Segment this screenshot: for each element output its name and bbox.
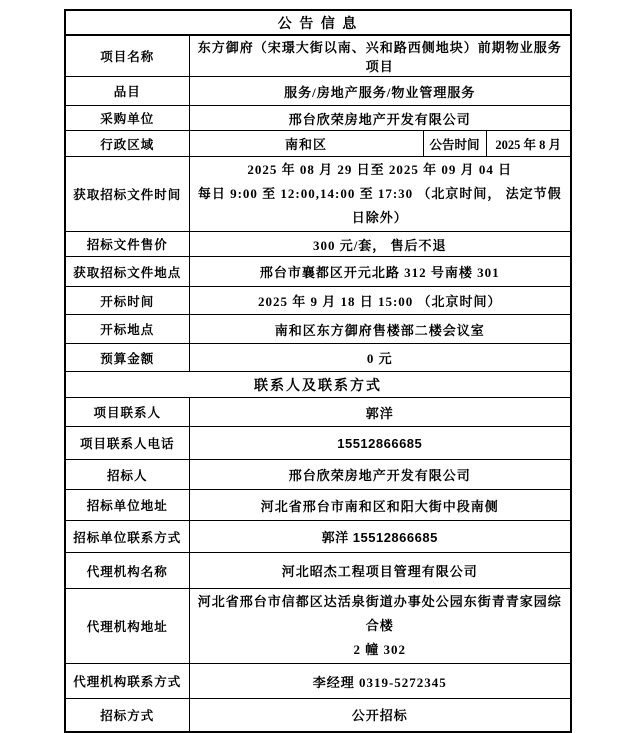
row-bid-method: 招标方式 公开招标	[65, 699, 571, 732]
project-contact-phone-label: 项目联系人电话	[65, 427, 189, 460]
agency-address-line2: 2 幢 302	[193, 638, 568, 662]
row-agency-contact: 代理机构联系方式 李经理 0319-5272345	[65, 664, 571, 699]
agency-address-value: 河北省邢台市信都区达活泉街道办事处公园东街青青家园综合楼 2 幢 302	[189, 589, 571, 664]
tenderer-contact-value: 郭洋 15512866685	[189, 521, 571, 553]
project-name-label: 项目名称	[65, 35, 189, 77]
tenderer-address-value: 河北省邢台市南和区和阳大街中段南侧	[189, 490, 571, 521]
announce-time-value: 2025 年 8 月	[486, 131, 571, 157]
row-project-contact: 项目联系人 郭洋	[65, 398, 571, 427]
doc-obtain-time-label: 获取招标文件时间	[65, 157, 189, 232]
row-tenderer: 招标人 邢台欣荣房地产开发有限公司	[65, 460, 571, 490]
tenderer-contact-label: 招标单位联系方式	[65, 521, 189, 553]
project-contact-value: 郭洋	[189, 398, 571, 427]
bid-open-time-label: 开标时间	[65, 287, 189, 315]
announce-time-label: 公告时间	[423, 131, 486, 157]
row-purchaser: 采购单位 邢台欣荣房地产开发有限公司	[65, 106, 571, 131]
row-doc-price: 招标文件售价 300 元/套， 售后不退	[65, 232, 571, 257]
region-value: 南和区	[189, 131, 423, 157]
project-name-value: 东方御府（宋璟大街以南、兴和路西侧地块）前期物业服务项目	[189, 35, 571, 77]
announcement-table: 公 告 信 息 项目名称 东方御府（宋璟大街以南、兴和路西侧地块）前期物业服务项…	[64, 9, 572, 733]
category-value: 服务/房地产服务/物业管理服务	[189, 77, 571, 106]
agency-address-label: 代理机构地址	[65, 589, 189, 664]
bid-open-place-label: 开标地点	[65, 315, 189, 344]
budget-label: 预算金额	[65, 344, 189, 372]
project-contact-phone-value: 15512866685	[189, 427, 571, 460]
row-project-name: 项目名称 东方御府（宋璟大街以南、兴和路西侧地块）前期物业服务项目	[65, 35, 571, 77]
row-bid-open-time: 开标时间 2025 年 9 月 18 日 15:00 （北京时间）	[65, 287, 571, 315]
row-region: 行政区域 南和区 公告时间 2025 年 8 月	[65, 131, 571, 157]
agency-name-value: 河北昭杰工程项目管理有限公司	[189, 553, 571, 589]
row-tenderer-contact: 招标单位联系方式 郭洋 15512866685	[65, 521, 571, 553]
purchaser-value: 邢台欣荣房地产开发有限公司	[189, 106, 571, 131]
category-label: 品目	[65, 77, 189, 106]
section1-title: 公 告 信 息	[65, 10, 571, 35]
agency-name-label: 代理机构名称	[65, 553, 189, 589]
doc-price-value: 300 元/套， 售后不退	[189, 232, 571, 257]
bid-open-place-value: 南和区东方御府售楼部二楼会议室	[189, 315, 571, 344]
row-agency-address: 代理机构地址 河北省邢台市信都区达活泉街道办事处公园东街青青家园综合楼 2 幢 …	[65, 589, 571, 664]
bid-open-time-value: 2025 年 9 月 18 日 15:00 （北京时间）	[189, 287, 571, 315]
purchaser-label: 采购单位	[65, 106, 189, 131]
tenderer-label: 招标人	[65, 460, 189, 490]
row-budget: 预算金额 0 元	[65, 344, 571, 372]
section2-title: 联系人及联系方式	[65, 372, 571, 398]
doc-obtain-place-label: 获取招标文件地点	[65, 257, 189, 287]
row-bid-open-place: 开标地点 南和区东方御府售楼部二楼会议室	[65, 315, 571, 344]
agency-contact-value: 李经理 0319-5272345	[189, 664, 571, 699]
tenderer-address-label: 招标单位地址	[65, 490, 189, 521]
row-agency-name: 代理机构名称 河北昭杰工程项目管理有限公司	[65, 553, 571, 589]
row-section2-header: 联系人及联系方式	[65, 372, 571, 398]
doc-obtain-time-line1: 2025 年 08 月 29 日至 2025 年 09 月 04 日	[193, 158, 568, 182]
agency-contact-label: 代理机构联系方式	[65, 664, 189, 699]
row-section1-header: 公 告 信 息	[65, 10, 571, 35]
row-project-contact-phone: 项目联系人电话 15512866685	[65, 427, 571, 460]
bid-method-value: 公开招标	[189, 699, 571, 732]
bid-method-label: 招标方式	[65, 699, 189, 732]
tenderer-value: 邢台欣荣房地产开发有限公司	[189, 460, 571, 490]
doc-price-label: 招标文件售价	[65, 232, 189, 257]
doc-obtain-time-line2: 每日 9:00 至 12:00,14:00 至 17:30 （北京时间， 法定节…	[193, 182, 568, 230]
budget-value: 0 元	[189, 344, 571, 372]
doc-obtain-place-value: 邢台市襄都区开元北路 312 号南楼 301	[189, 257, 571, 287]
row-tenderer-address: 招标单位地址 河北省邢台市南和区和阳大街中段南侧	[65, 490, 571, 521]
region-label: 行政区域	[65, 131, 189, 157]
row-doc-obtain-place: 获取招标文件地点 邢台市襄都区开元北路 312 号南楼 301	[65, 257, 571, 287]
project-contact-label: 项目联系人	[65, 398, 189, 427]
doc-obtain-time-value: 2025 年 08 月 29 日至 2025 年 09 月 04 日 每日 9:…	[189, 157, 571, 232]
row-category: 品目 服务/房地产服务/物业管理服务	[65, 77, 571, 106]
page-background: 公 告 信 息 项目名称 东方御府（宋璟大街以南、兴和路西侧地块）前期物业服务项…	[0, 0, 642, 689]
row-doc-obtain-time: 获取招标文件时间 2025 年 08 月 29 日至 2025 年 09 月 0…	[65, 157, 571, 232]
agency-address-line1: 河北省邢台市信都区达活泉街道办事处公园东街青青家园综合楼	[193, 590, 568, 638]
